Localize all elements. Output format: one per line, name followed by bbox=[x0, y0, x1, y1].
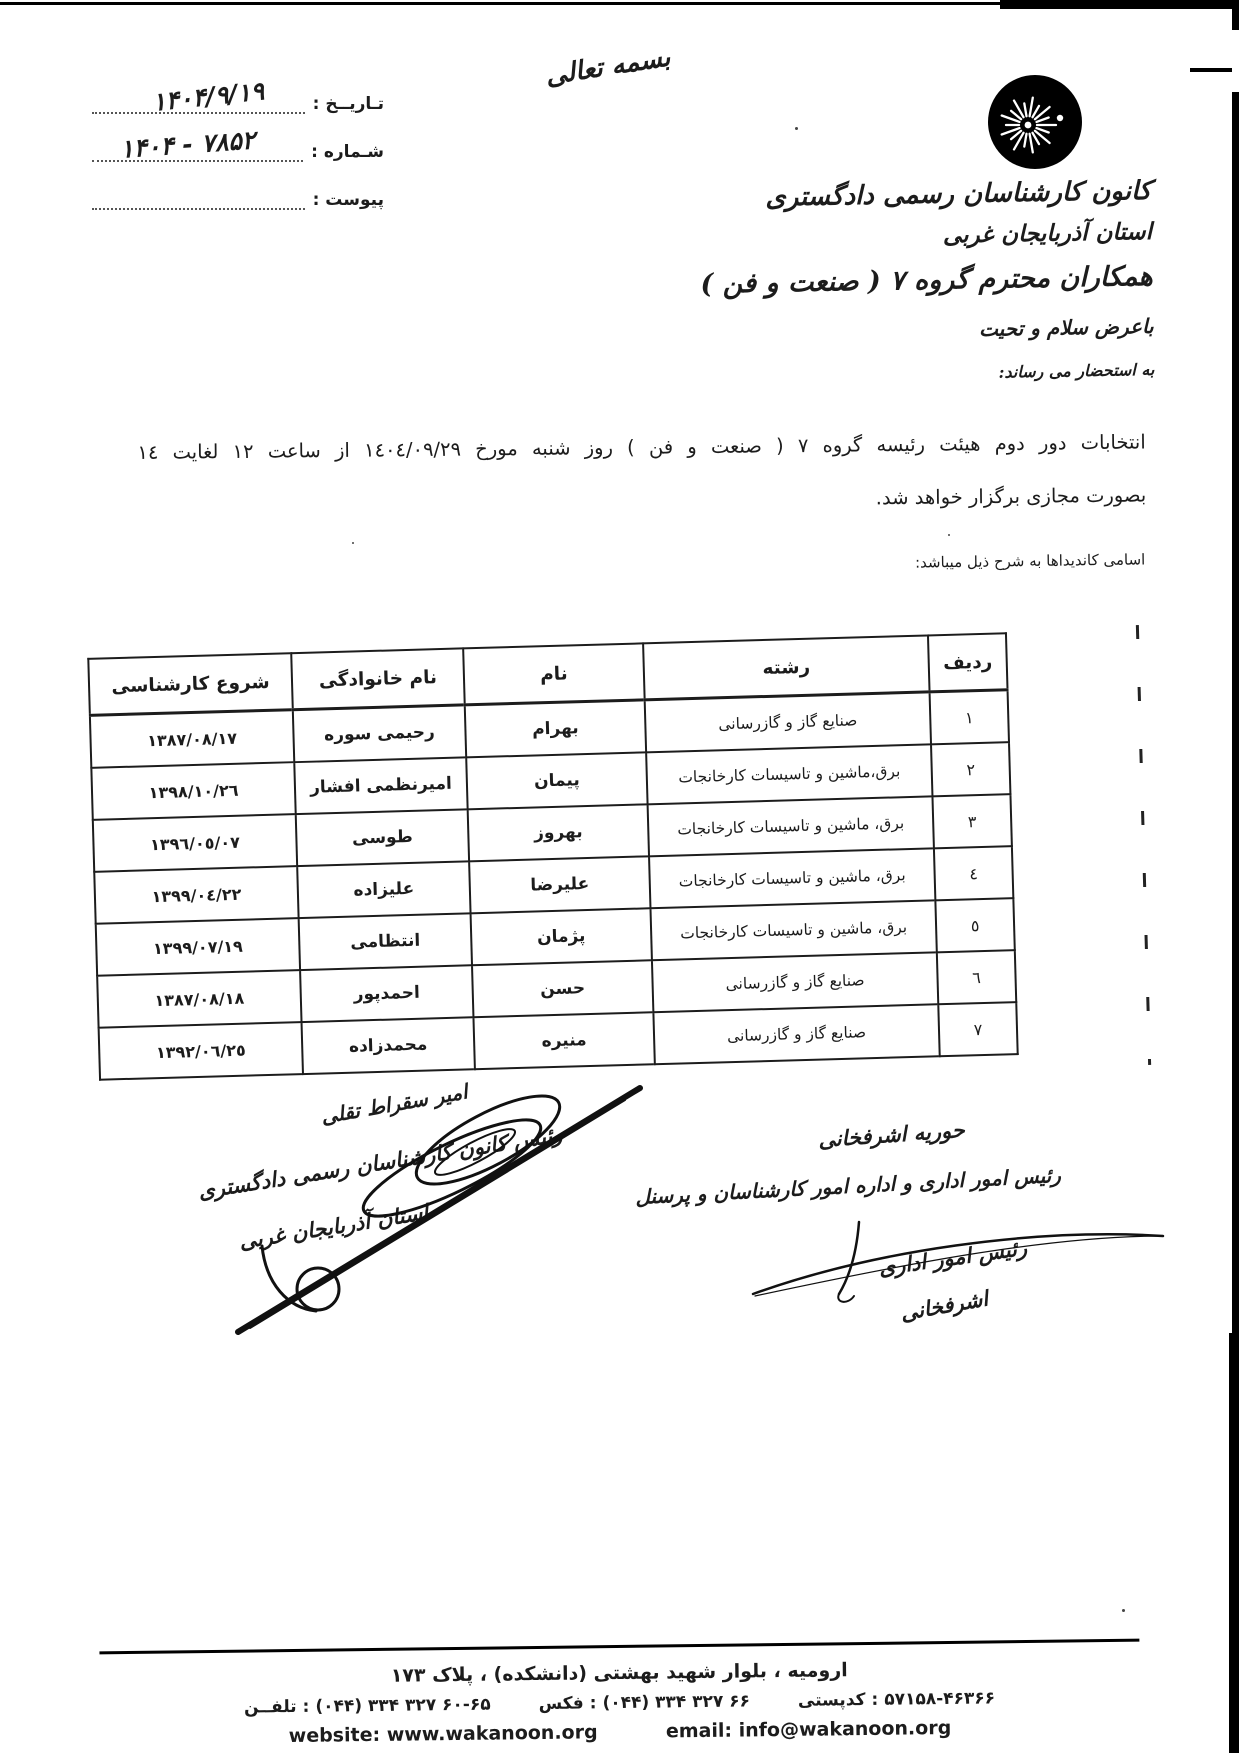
field: برق، ماشین و تاسیسات کارخانجات bbox=[649, 848, 935, 908]
letter-header: کانون کارشناسان رسمی دادگستری استان آذرب… bbox=[591, 176, 1154, 389]
postal-label: کدپستی bbox=[798, 1690, 866, 1711]
scan-speck bbox=[352, 542, 354, 544]
candidates-table-wrap: ردیف رشته نام نام خانوادگی شروع کارشناسی… bbox=[87, 632, 1016, 1080]
scan-edge-top-right bbox=[1000, 0, 1239, 9]
field: صنایع گاز و گازرسانی bbox=[652, 952, 938, 1012]
fax-label: فکس bbox=[539, 1693, 584, 1714]
first-name: بهرام bbox=[465, 700, 646, 758]
field: برق، ماشین و تاسیسات کارخانجات bbox=[648, 796, 934, 856]
table-caption: اسامی کاندیداها به شرح ذیل میباشد: bbox=[915, 550, 1145, 571]
scan-speck bbox=[948, 534, 950, 536]
row-number: ۳ bbox=[932, 794, 1011, 848]
website-url: www.wakanoon.org bbox=[387, 1721, 598, 1746]
right-signer-name: حوریه اشرفخانی bbox=[817, 1117, 965, 1152]
phone-label: تلفــن bbox=[244, 1697, 297, 1718]
start-date: ۱۳۹۹/۰۷/۱۹ bbox=[96, 918, 300, 976]
scan-dashed-edge bbox=[1136, 625, 1151, 1065]
row-number: ٦ bbox=[937, 950, 1016, 1004]
first-name: پژمان bbox=[471, 908, 652, 965]
start-date: ۱۳۸۷/۰۸/۱۸ bbox=[97, 970, 301, 1028]
letter-meta-block: تـاريــخ : شـماره : پيوست : ۱۴۰۴/۹/۱۹ ۱۴… bbox=[92, 92, 384, 236]
sun-emblem-icon bbox=[985, 72, 1085, 172]
footer-web-line: website: www.wakanoon.org email: info@wa… bbox=[0, 1713, 1239, 1750]
last-name: انتظامی bbox=[299, 913, 472, 970]
col-header-first-name: نام bbox=[463, 643, 645, 705]
first-name: بهروز bbox=[468, 804, 649, 861]
row-number: ٤ bbox=[934, 846, 1013, 900]
date-label: تـاريــخ : bbox=[313, 94, 384, 114]
row-number: ۷ bbox=[938, 1002, 1017, 1056]
col-header-row-number: ردیف bbox=[928, 633, 1008, 692]
col-header-last-name: نام خانوادگی bbox=[291, 648, 465, 709]
scan-speck bbox=[1122, 1609, 1125, 1612]
row-number: ٥ bbox=[935, 898, 1014, 952]
number-label: شـماره : bbox=[311, 142, 384, 162]
last-name: رحیمی سوره bbox=[293, 705, 466, 762]
body-line-2: بصورت مجازی برگزار خواهد شد. bbox=[93, 483, 1146, 517]
start-date: ١٣٩٦/٠٥/٠٧ bbox=[93, 814, 297, 872]
first-name: پیمان bbox=[466, 752, 647, 809]
attachment-row: پيوست : bbox=[92, 188, 384, 210]
bismillah-text: بسمه تعالی bbox=[543, 42, 672, 91]
phone-contact: تلفــن : (۰۴۴) ۳۳۴ ۳۲۷ ۶۰-۶۵ bbox=[244, 1695, 491, 1718]
scan-speck bbox=[795, 127, 798, 130]
last-name: امیرنظمی افشار bbox=[294, 757, 467, 814]
left-signature-scribble bbox=[170, 1060, 670, 1340]
attachment-label: پيوست : bbox=[313, 190, 384, 210]
field: برق،ماشین و تاسیسات کارخانجات bbox=[646, 744, 932, 804]
website-label: website: bbox=[289, 1724, 381, 1747]
row-number: ۲ bbox=[931, 742, 1010, 796]
start-date: ۱۳۸۷/۰۸/۱۷ bbox=[90, 710, 294, 768]
intro-line: به استحضار می رساند: bbox=[594, 360, 1154, 389]
first-name: علیرضا bbox=[469, 856, 650, 913]
candidates-table: ردیف رشته نام نام خانوادگی شروع کارشناسی… bbox=[87, 632, 1018, 1081]
org-name-line2: استان آذربایجان غربی bbox=[592, 218, 1152, 255]
footer-address: ارومیه ، بلوار شهید بهشتی (دانشکده) ، پل… bbox=[0, 1654, 1239, 1691]
col-header-start-date: شروع کارشناسی bbox=[88, 653, 292, 715]
postal-colon: : bbox=[871, 1690, 878, 1710]
scanned-letter-page: بسمه تعالی تـاريــخ : شـماره : پيوست : ۱… bbox=[0, 0, 1239, 1753]
last-name: احمدپور bbox=[300, 965, 473, 1022]
email-address: info@wakanoon.org bbox=[739, 1717, 952, 1742]
scan-edge-gap bbox=[1232, 30, 1239, 92]
field: صنایع گاز و گازرسانی bbox=[653, 1004, 939, 1064]
col-header-field: رشته bbox=[643, 635, 929, 699]
recipient-line: همکاران محترم گروه ۷ ( صنعت و فن ) bbox=[593, 261, 1153, 302]
last-name: طوسی bbox=[296, 809, 469, 866]
attachment-dotted-line bbox=[92, 188, 305, 210]
candidates-tbody: ۱صنایع گاز و گازرسانیبهرامرحیمی سوره۱۳۸۷… bbox=[90, 690, 1018, 1080]
letterhead-footer: ارومیه ، بلوار شهید بهشتی (دانشکده) ، پل… bbox=[0, 1637, 1239, 1750]
right-signer-title: رئیس امور اداری و اداره امور کارشناسان و… bbox=[635, 1163, 1062, 1209]
row-number: ۱ bbox=[930, 690, 1009, 745]
footer-spacer bbox=[604, 1738, 659, 1739]
fax-colon: : bbox=[590, 1693, 597, 1713]
phone-number: (۰۴۴) ۳۳۴ ۳۲۷ ۶۰-۶۵ bbox=[315, 1695, 490, 1717]
right-signature-scribble bbox=[735, 1210, 1175, 1310]
fax-contact: فکس : (۰۴۴) ۳۳۴ ۳۲۷ ۶۶ bbox=[539, 1691, 751, 1714]
last-name: علیزاده bbox=[297, 861, 470, 918]
phone-colon: : bbox=[302, 1697, 309, 1717]
scan-dash-mark bbox=[1190, 68, 1232, 72]
field: برق، ماشین و تاسیسات کارخانجات bbox=[650, 900, 936, 960]
letter-body: انتخابات دور دوم هیئت رئیسه گروه ۷ ( صنع… bbox=[93, 430, 1147, 517]
postal-code: ۵۷۱۵۸-۴۶۳۶۶ bbox=[884, 1688, 995, 1709]
footer-divider bbox=[99, 1639, 1139, 1655]
email-label: email: bbox=[666, 1720, 732, 1743]
organization-logo bbox=[985, 72, 1085, 172]
postal-contact: کدپستی : ۵۷۱۵۸-۴۶۳۶۶ bbox=[798, 1688, 995, 1710]
salutation-line: باعرض سلام و تحیت bbox=[593, 314, 1153, 348]
body-line-1: انتخابات دور دوم هیئت رئیسه گروه ۷ ( صنع… bbox=[93, 430, 1146, 464]
field: صنایع گاز و گازرسانی bbox=[645, 692, 931, 752]
first-name: حسن bbox=[472, 960, 653, 1017]
fax-number: (۰۴۴) ۳۳۴ ۳۲۷ ۶۶ bbox=[602, 1691, 750, 1713]
start-date: ١٣٩٨/١٠/٢٦ bbox=[91, 762, 295, 820]
org-name-line1: کانون کارشناسان رسمی دادگستری bbox=[591, 176, 1151, 216]
start-date: ١٣٩٩/٠٤/٢٢ bbox=[94, 866, 298, 924]
